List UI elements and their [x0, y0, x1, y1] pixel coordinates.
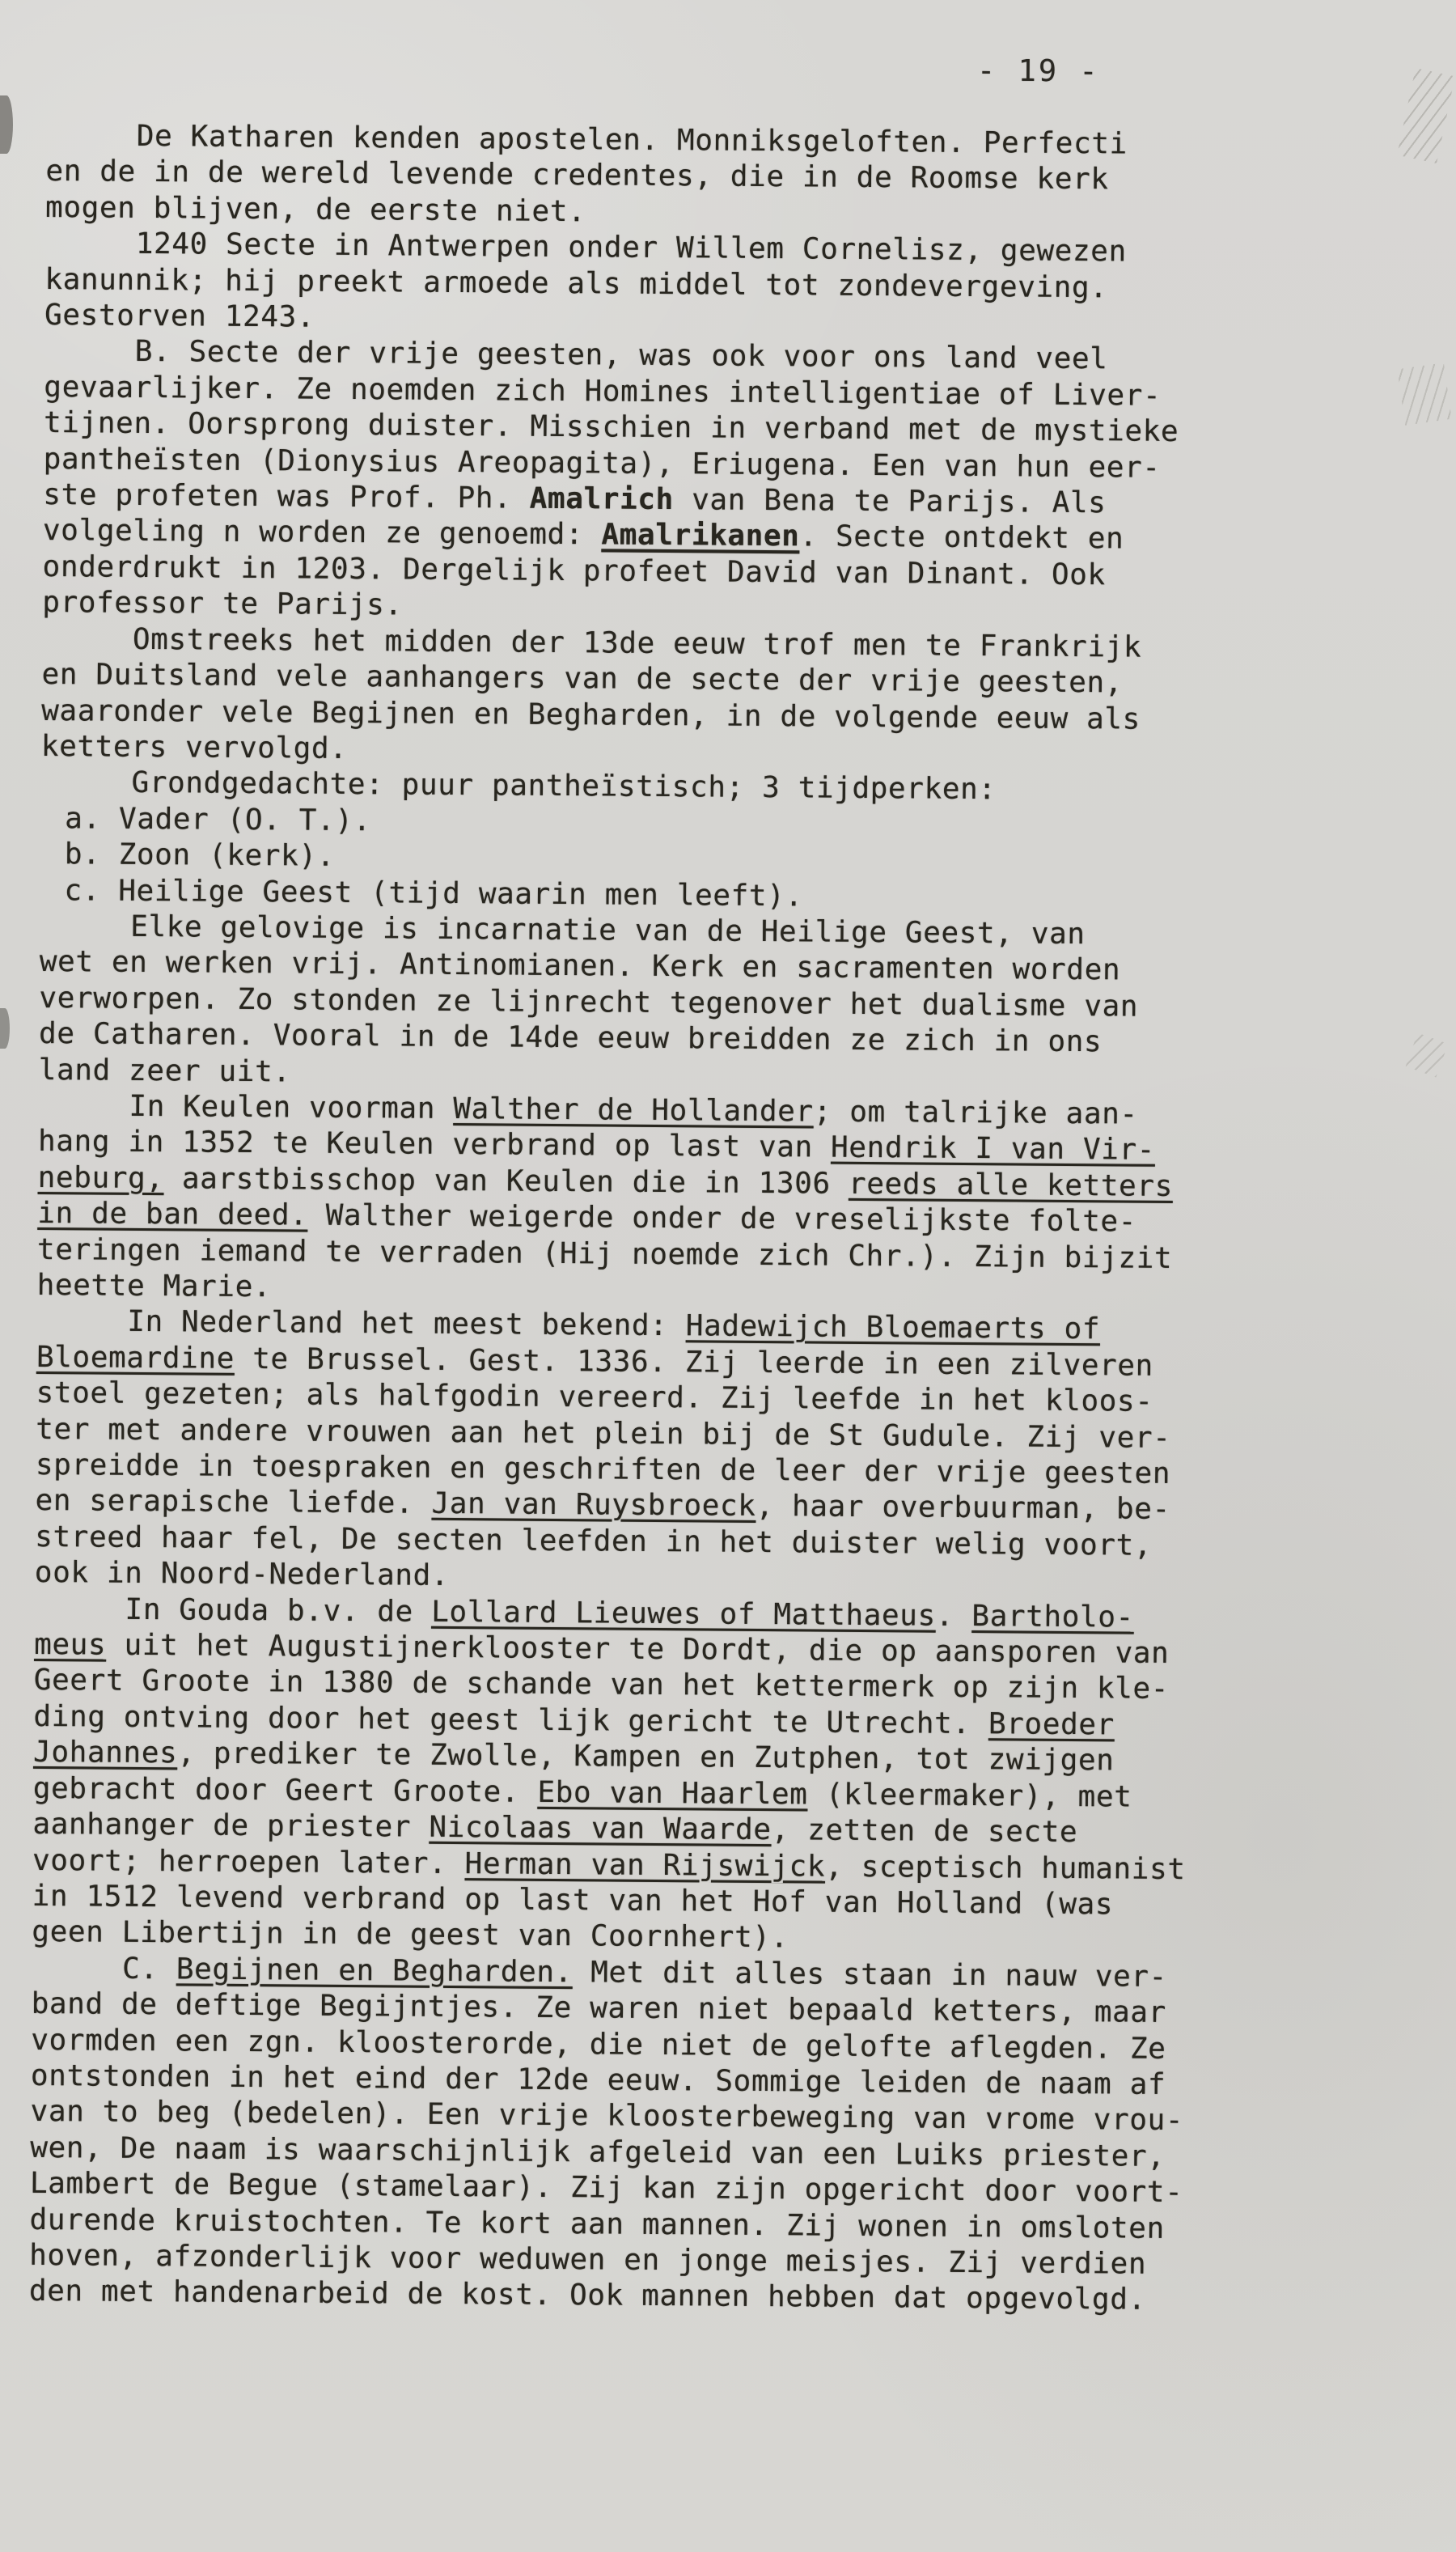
text-segment: en Duitsland vele aanhangers van de sect…	[41, 658, 1123, 699]
text-segment: verworpen. Zo stonden ze lijnrecht tegen…	[39, 981, 1138, 1024]
text-segment: Walther weigerde onder de vreselijkste f…	[307, 1199, 1136, 1239]
underlined-text: Broeder	[988, 1707, 1115, 1741]
text-segment: gebracht door Geert Groote.	[33, 1772, 538, 1809]
underlined-text: Johannes	[33, 1736, 178, 1770]
text-segment: C.	[122, 1952, 176, 1986]
text-segment: Met dit alles staan in nauw ver-	[573, 1956, 1167, 1994]
text-segment: hang in 1352 te Keulen verbrand op last …	[38, 1125, 831, 1164]
document-text: De Katharen kenden apostelen. Monniksgel…	[29, 118, 1441, 2321]
underlined-text: Jan van Ruysbroeck	[431, 1487, 756, 1523]
text-segment: b. Zoon (kerk).	[65, 837, 335, 873]
text-segment: uit het Augustijnerklooster te Dordt, di…	[106, 1629, 1169, 1670]
underlined-text: Bloemardine	[36, 1341, 235, 1376]
text-segment: De Katharen kenden apostelen. Monniksgel…	[137, 120, 1128, 161]
text-segment: . Secte ontdekt en	[799, 520, 1124, 556]
text-segment: ketters vervolgd.	[41, 730, 348, 765]
text-segment: ste profeten was Prof. Ph.	[43, 478, 530, 515]
text-segment: In Nederland het meest bekend:	[127, 1305, 686, 1342]
text-segment: ; om talrijke aan-	[814, 1095, 1138, 1130]
document-page: - 19 - De Katharen kenden apostelen. Mon…	[0, 0, 1456, 2552]
text-segment: Gestorven 1243.	[44, 299, 315, 334]
underlined-text: Amalrikanen	[601, 519, 799, 553]
text-segment: kanunnik; hij preekt armoede als middel …	[44, 263, 1107, 304]
text-segment: Grondgedachte: puur pantheïstisch; 3 tij…	[131, 766, 996, 806]
text-segment: geen Libertijn in de geest van Coornhert…	[32, 1915, 789, 1954]
underlined-text: neburg,	[38, 1161, 164, 1195]
text-segment: B. Secte der vrije geesten, was ook voor…	[135, 335, 1108, 375]
text-segment: tijnen. Oorsprong duister. Misschien in …	[44, 406, 1179, 448]
text-segment: en de in de wereld levende credentes, di…	[45, 155, 1108, 196]
text-segment: land zeer uit.	[39, 1053, 291, 1088]
underlined-text: reeds alle ketters	[849, 1168, 1173, 1203]
text-segment: Elke gelovige is incarnatie van de Heili…	[130, 910, 1086, 951]
text-segment: Omstreeks het midden der 13de eeuw trof …	[133, 623, 1142, 664]
text-segment: de Catharen. Vooral in de 14de eeuw brei…	[39, 1017, 1102, 1058]
underlined-text: Hadewijch Bloemaerts of	[686, 1310, 1101, 1346]
text-segment: (kleermaker), met	[807, 1778, 1132, 1813]
underlined-text: Ebo van Haarlem	[537, 1776, 807, 1812]
text-segment: waaronder vele Begijnen en Begharden, in…	[41, 693, 1141, 736]
text-segment: ook in Noord-Nederland.	[35, 1556, 450, 1592]
text-segment: , zetten de secte	[771, 1813, 1077, 1849]
text-segment: In Gouda b.v. de	[125, 1592, 431, 1628]
underlined-text: Walther de Hollander	[453, 1092, 814, 1128]
text-segment: Amalrich	[530, 482, 675, 516]
underlined-text: in de ban deed.	[37, 1197, 307, 1232]
underlined-text: Lollard Lieuwes of Matthaeus	[431, 1595, 936, 1632]
scan-smudge	[0, 1008, 10, 1049]
scan-smudge	[0, 95, 13, 154]
text-segment: van Bena te Parijs. Als	[674, 483, 1107, 519]
text-segment: a. Vader (O. T.).	[65, 802, 371, 837]
underlined-text: Bartholo-	[971, 1600, 1134, 1634]
text-segment: voort; herroepen later.	[32, 1843, 465, 1880]
text-segment: band de deftige Begijntjes. Ze waren nie…	[32, 1987, 1167, 2029]
text-segment: In Keulen voorman	[129, 1090, 453, 1126]
text-segment: stoel gezeten; als halfgodin vereerd. Zi…	[36, 1376, 1153, 1418]
text-segment: ding ontving door het geest lijk gericht…	[33, 1700, 988, 1740]
text-segment: 1240 Secte in Antwerpen onder Willem Cor…	[136, 227, 1127, 269]
text-segment: volgeling n worden ze genoemd:	[43, 514, 602, 551]
text-segment: c. Heilige Geest (tijd waarin men leeft)…	[64, 874, 803, 913]
text-segment: , prediker te Zwolle, Kampen en Zutphen,…	[177, 1737, 1115, 1778]
page-number: - 19 -	[977, 53, 1100, 88]
text-segment: in 1512 levend verbrand op last van het …	[32, 1880, 1114, 1921]
text-segment: heette Marie.	[37, 1269, 272, 1304]
text-segment: en serapische liefde.	[35, 1484, 431, 1520]
underlined-text: Nicolaas van Waarde	[429, 1811, 772, 1846]
text-segment: den met handenarbeid de kost. Ook mannen…	[29, 2274, 1146, 2317]
underlined-text: meus	[34, 1628, 106, 1662]
text-segment: aarstbisschop van Keulen die in 1306	[163, 1162, 849, 1201]
text-segment: te Brussel. Gest. 1336. Zij leerde in ee…	[235, 1342, 1153, 1383]
text-segment: , haar overbuurman, be-	[756, 1490, 1170, 1526]
text-segment: , sceptisch humanist	[825, 1850, 1186, 1885]
text-segment: professor te Parijs.	[42, 586, 403, 621]
underlined-text: Begijnen en Begharden.	[176, 1952, 573, 1989]
text-segment: mogen blijven, de eerste niet.	[45, 191, 586, 228]
text-segment: .	[936, 1599, 972, 1632]
underlined-text: Hendrik I van Vir-	[831, 1131, 1155, 1167]
underlined-text: Herman van Rijswijck	[464, 1847, 825, 1883]
text-segment: Lambert de Begue (stamelaar). Zij kan zi…	[30, 2167, 1183, 2209]
text-segment: wet en werken vrij. Antinomianen. Kerk e…	[40, 945, 1121, 986]
text-segment: onderdrukt in 1203. Dergelijk profeet Da…	[42, 550, 1105, 591]
text-segment: aanhanger de priester	[32, 1808, 429, 1844]
